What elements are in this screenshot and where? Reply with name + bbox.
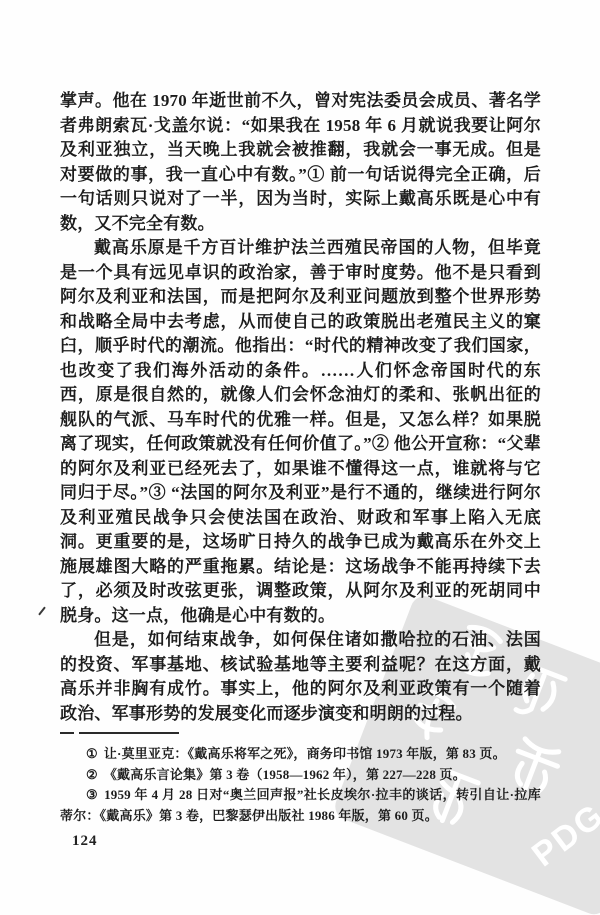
separator-segment xyxy=(60,732,74,734)
separator-segment xyxy=(79,732,179,734)
page-number: 124 xyxy=(72,833,541,850)
footnote-separator xyxy=(60,732,180,734)
body-text: 掌声。他在 1970 年逝世前不久，曾对宪法委员会成员、著名学者弗朗索瓦·戈盖尔… xyxy=(60,89,541,850)
footnote-marker: ② xyxy=(86,767,98,782)
footnote-marker: ③ xyxy=(86,787,98,802)
paragraph: 但是，如何结束战争，如何保住诸如撒哈拉的石油、法国的投资、军事基地、核试验基地等… xyxy=(60,628,541,726)
footnote-marker: ① xyxy=(86,746,98,761)
footnote-text: 让·莫里亚克：《戴高乐将军之死》，商务印书馆 1973 年版，第 83 页。 xyxy=(104,746,506,761)
stray-mark xyxy=(38,606,46,615)
footnote-list: ①让·莫里亚克：《戴高乐将军之死》，商务印书馆 1973 年版，第 83 页。 … xyxy=(60,744,541,826)
footnote-item: ②《戴高乐言论集》第 3 卷（1958—1962 年），第 227—228 页。 xyxy=(60,765,541,786)
paragraph: 掌声。他在 1970 年逝世前不久，曾对宪法委员会成员、著名学者弗朗索瓦·戈盖尔… xyxy=(60,89,541,236)
book-page: PDG 掌声。他在 1970 年逝世前不久，曾对宪法委员会成员、著名学者弗朗索瓦… xyxy=(0,0,600,915)
footnote-item: ①让·莫里亚克：《戴高乐将军之死》，商务印书馆 1973 年版，第 83 页。 xyxy=(60,744,541,765)
paragraph: 戴高乐原是千方百计维护法兰西殖民帝国的人物，但毕竟是一个具有远见卓识的政治家，善… xyxy=(60,236,541,628)
footnote-text: 《戴高乐言论集》第 3 卷（1958—1962 年），第 227—228 页。 xyxy=(104,767,466,782)
footnote-text: 1959 年 4 月 28 日对“奥兰回声报”社长皮埃尔·拉丰的谈话，转引自让·… xyxy=(60,787,541,823)
footnote-item: ③1959 年 4 月 28 日对“奥兰回声报”社长皮埃尔·拉丰的谈话，转引自让… xyxy=(60,785,541,826)
